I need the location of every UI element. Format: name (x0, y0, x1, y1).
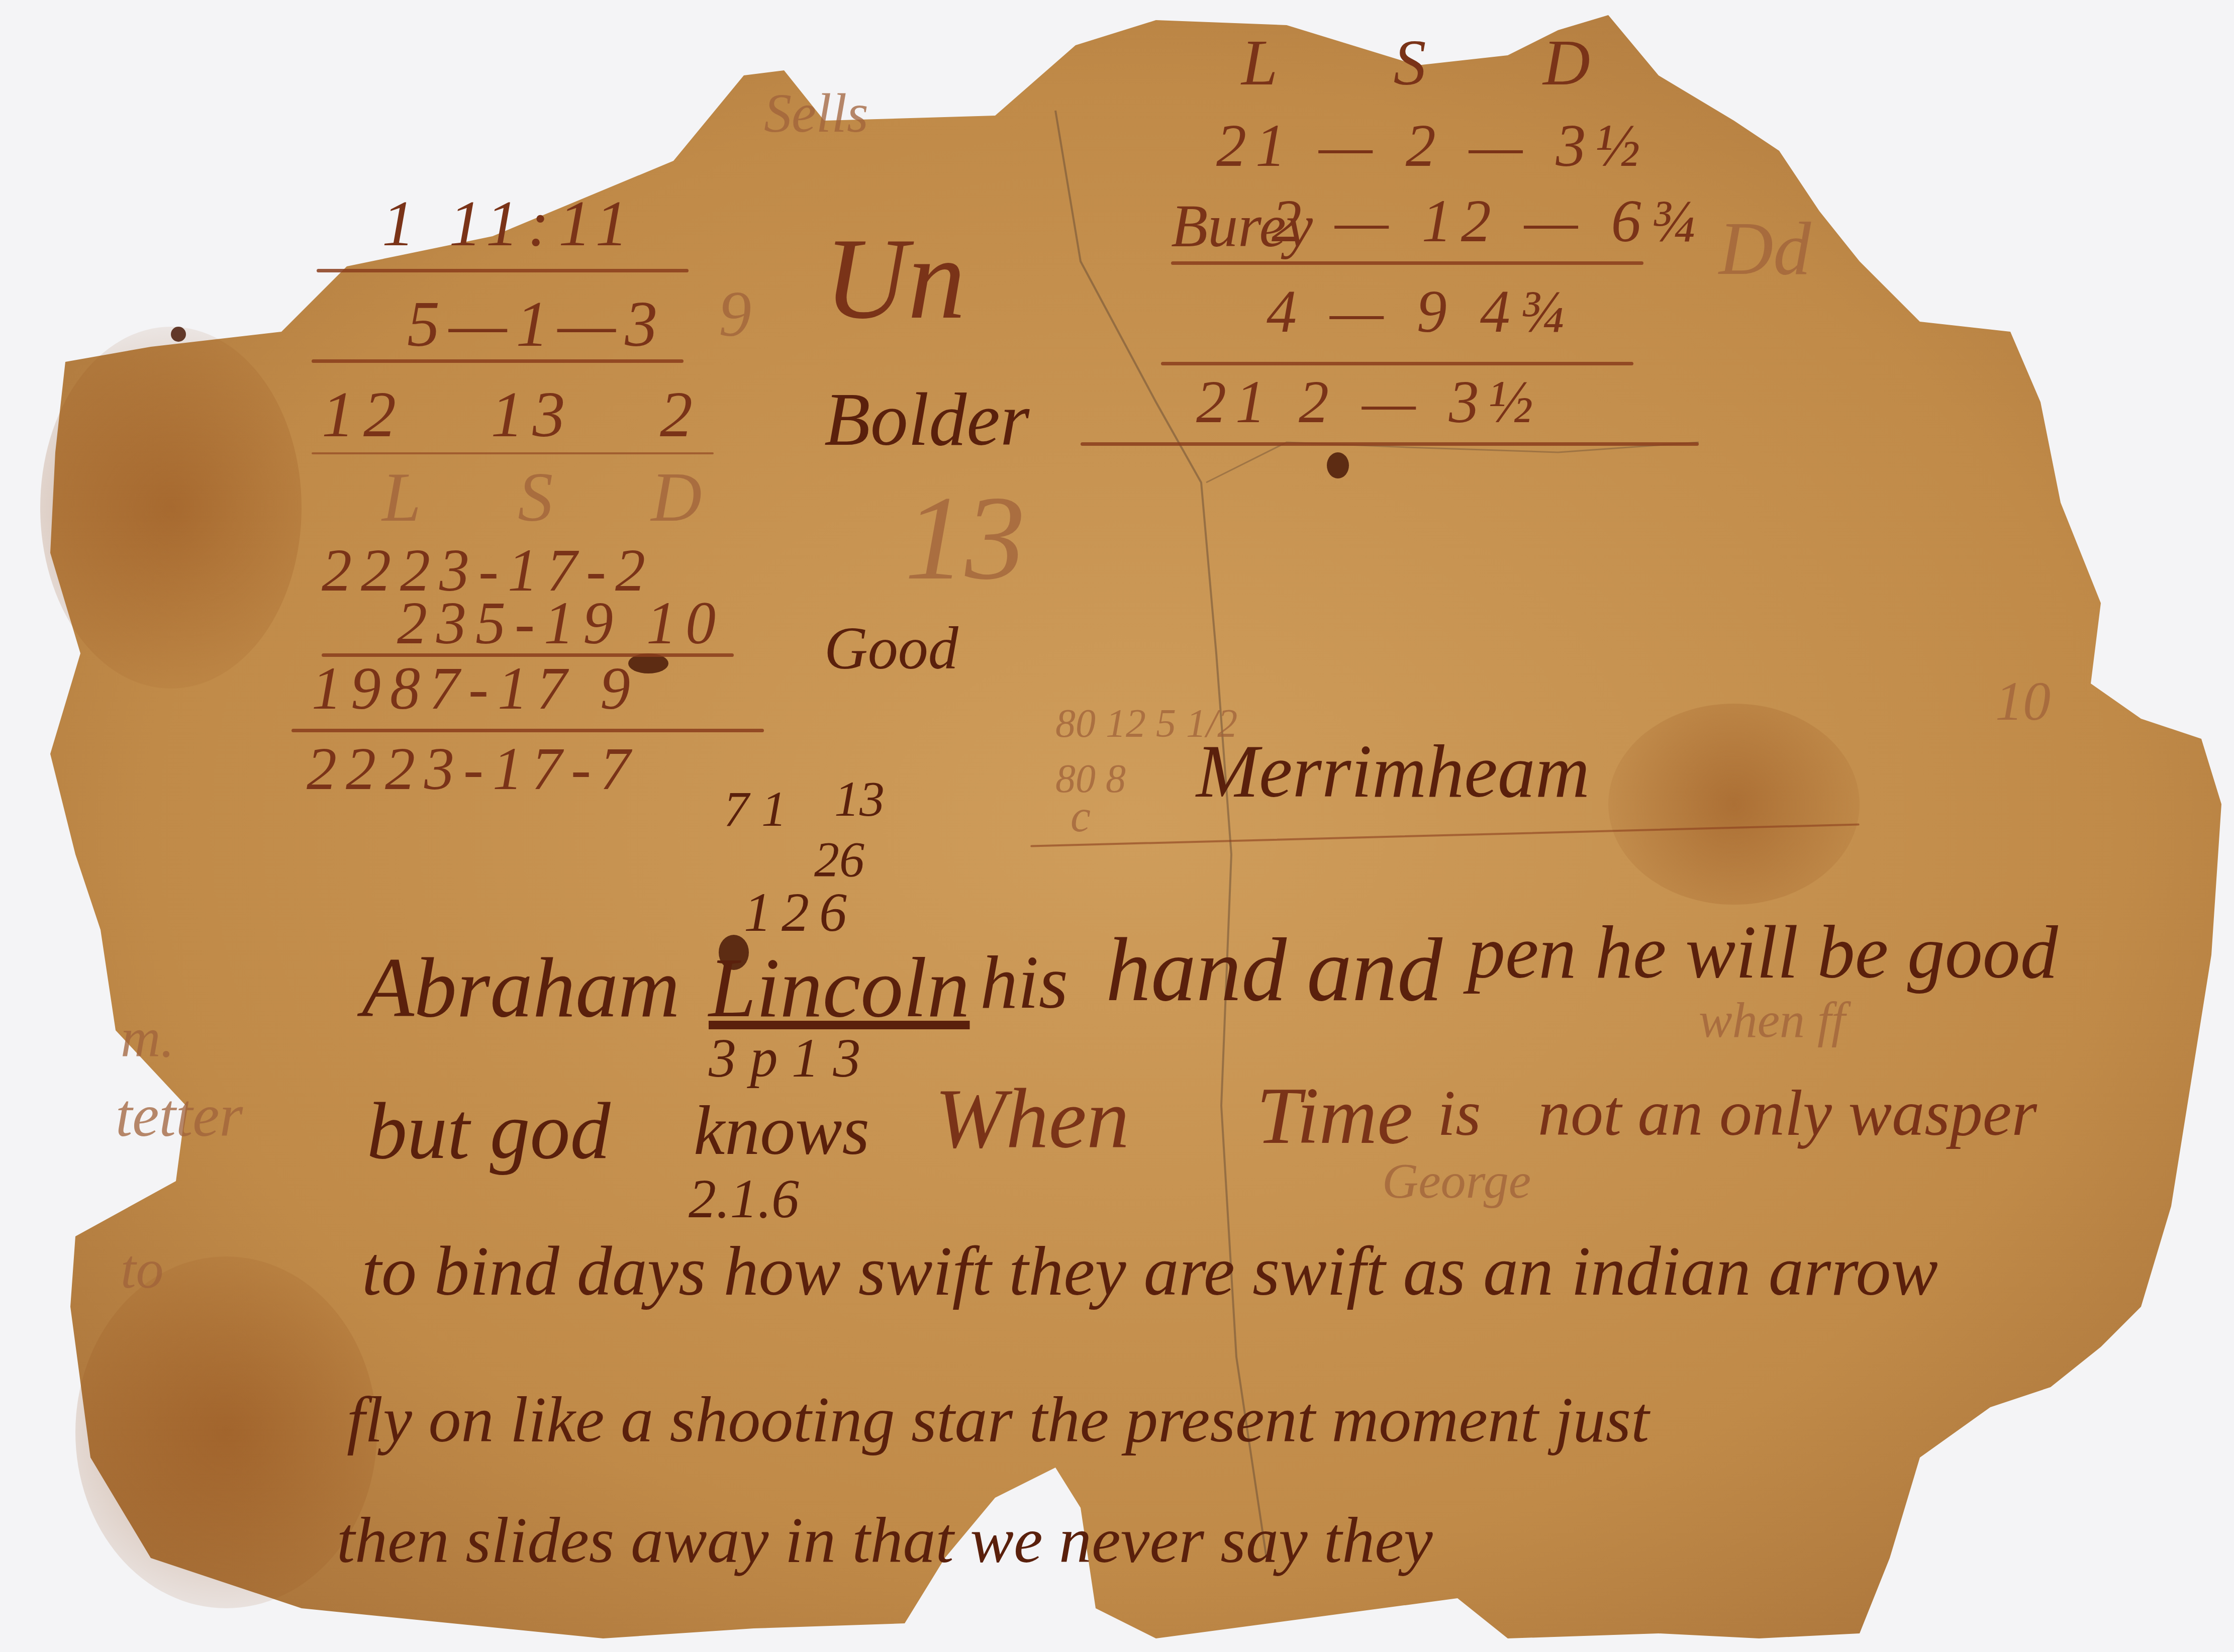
ink-blot (171, 327, 186, 342)
sum-lower-row: 2223-17-7 (307, 739, 639, 799)
sum-rule (312, 452, 714, 454)
name-word: Merrimheam (1196, 734, 1590, 809)
right-scribble: Dd (1719, 211, 1811, 286)
document-paper: Sells Un Bolder 9 13 Good Burey Dd 10 1 … (0, 0, 2234, 1652)
col-number: 2.1.6 (689, 1171, 799, 1226)
sum-right-row: 21 — 2 — 3½ (1216, 116, 1649, 176)
sum-left-row: 1 11:11 (382, 191, 637, 256)
torn-word-top: Sells (764, 85, 868, 141)
sum-right-header: L S D (1241, 30, 1590, 95)
col-number: 3 p 1 3 (709, 1030, 861, 1086)
right-faint-10: 10 (1995, 673, 2051, 729)
sum-right-row: 4 — 9 4¾ (1267, 281, 1574, 342)
sum-rule (312, 359, 684, 363)
big-initial: Un (824, 221, 965, 337)
bolder-word: Bolder (824, 382, 1029, 457)
col-number: 13 (834, 774, 885, 824)
faint-13: 13 (905, 477, 1025, 598)
ink-blot (1327, 452, 1349, 478)
text-not-only: not an only wasper (1538, 1081, 2037, 1146)
sum-rule (292, 729, 764, 732)
sum-right-row: 21 2 — 3½ (1196, 372, 1542, 432)
text-time: Time (1256, 1076, 1413, 1156)
text-when-above: when ff (1699, 995, 1846, 1045)
left-edge-low: to (121, 1241, 164, 1297)
signature-first-name: Abraham (362, 945, 680, 1030)
sum-rule (317, 269, 689, 272)
stain (75, 1256, 377, 1608)
text-but-god: but god (367, 1091, 610, 1171)
sum-left-row: 12 13 2 (322, 382, 702, 447)
stain (1608, 704, 1860, 905)
sum-rule (1171, 261, 1643, 265)
c-letter: c (1071, 794, 1091, 839)
sum-right-row: 2 — 12 — 6¾ (1272, 191, 1704, 251)
text-hand: hand (1106, 925, 1287, 1015)
text-and: and (1307, 925, 1442, 1015)
middle-numbers-b: 80 8 (1055, 759, 1126, 799)
text-george: George (1382, 1156, 1531, 1206)
text-his: his (980, 945, 1068, 1020)
text-when: When (935, 1076, 1129, 1161)
text-line4: fly on like a shooting star the present … (347, 1387, 1649, 1452)
text-line5: then slides away in that we never say th… (337, 1508, 1433, 1573)
col-number: 126 (744, 885, 857, 940)
sum-lower-row: 235-19 10 (397, 593, 725, 653)
text-is: is (1437, 1081, 1481, 1146)
sum-lower-header: L S D (382, 462, 702, 533)
good-word: Good (824, 618, 958, 678)
margin-9: 9 (719, 281, 751, 347)
sum-rule (1161, 362, 1633, 365)
sum-lower-row: 1987-17 9 (312, 658, 639, 719)
left-edge-word: tetter (116, 1086, 243, 1146)
sum-rule (1081, 442, 1699, 446)
col-number: 26 (814, 834, 864, 885)
sum-left-row: 5—1—3 (407, 291, 666, 357)
text-line3: to bind days how swift they are swift as… (362, 1236, 1938, 1307)
text-pen: pen he will be good (1468, 915, 2058, 990)
text-knows: knows (694, 1096, 869, 1166)
col-number: 7 1 (724, 784, 787, 834)
stain (40, 327, 302, 689)
left-edge-m: m. (121, 1010, 174, 1065)
signature-last-name: Lincoln (709, 945, 969, 1030)
